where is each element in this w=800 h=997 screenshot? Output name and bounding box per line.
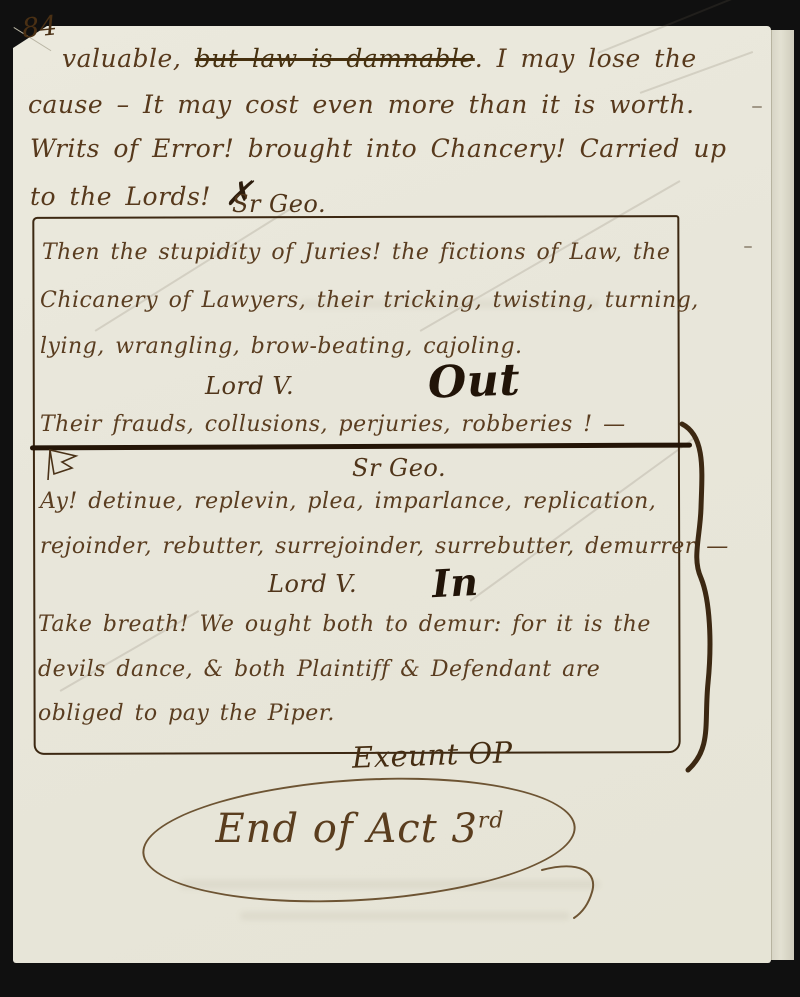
manuscript-line: rejoinder, rebutter, surrejoinder, surre… [40, 534, 729, 559]
page-number: 84 [20, 10, 58, 45]
manuscript-line: obliged to pay the Piper. [38, 701, 335, 726]
end-of-act-label: End of Act 3rd [150, 806, 570, 852]
manuscript-line: cause – It may cost even more than it is… [28, 90, 695, 119]
speaker-heading: Lord V. [268, 570, 357, 598]
speaker-heading: Sr Geo. [232, 190, 326, 218]
line4-text: to the Lords! [30, 182, 211, 211]
manuscript-line: Chicanery of Lawyers, their tricking, tw… [40, 288, 699, 313]
manuscript-line: devils dance, & both Plaintiff & Defenda… [38, 657, 600, 682]
manuscript-line: Take breath! We ought both to demur: for… [38, 612, 651, 637]
margin-tick [752, 106, 762, 108]
line1-struck-text: but law is damnable [195, 44, 475, 73]
manuscript-photo: 84 valuable, but law is damnable. I may … [0, 0, 800, 997]
speaker-heading: Sr Geo. [352, 454, 446, 482]
flag-mark [46, 448, 86, 482]
margin-brace [668, 418, 728, 778]
speaker-heading: Lord V. [205, 372, 294, 400]
page-edge [771, 30, 794, 960]
manuscript-line: Ay! detinue, replevin, plea, imparlance,… [40, 489, 656, 514]
stage-direction: Exeunt OP [351, 735, 513, 775]
margin-tick [744, 246, 752, 248]
manuscript-line: valuable, but law is damnable. I may los… [62, 44, 697, 73]
cue-out: Out [427, 354, 521, 408]
manuscript-line: to the Lords! ✗ [30, 174, 253, 214]
manuscript-line: Their frauds, collusions, perjuries, rob… [40, 412, 626, 437]
manuscript-line: lying, wrangling, brow-beating, cajoling… [40, 334, 523, 359]
end-of-act-text: End of Act 3 [215, 806, 477, 852]
flourish-tail [540, 852, 620, 922]
line1-pre: valuable, [62, 44, 181, 73]
manuscript-line: Then the stupidity of Juries! the fictio… [42, 240, 670, 265]
manuscript-line: Writs of Error! brought into Chancery! C… [30, 134, 726, 163]
end-of-act-ordinal: rd [478, 809, 505, 834]
cue-in: In [431, 559, 480, 606]
ink-bleedthrough [240, 912, 570, 920]
line1-post: . I may lose the [475, 44, 697, 73]
